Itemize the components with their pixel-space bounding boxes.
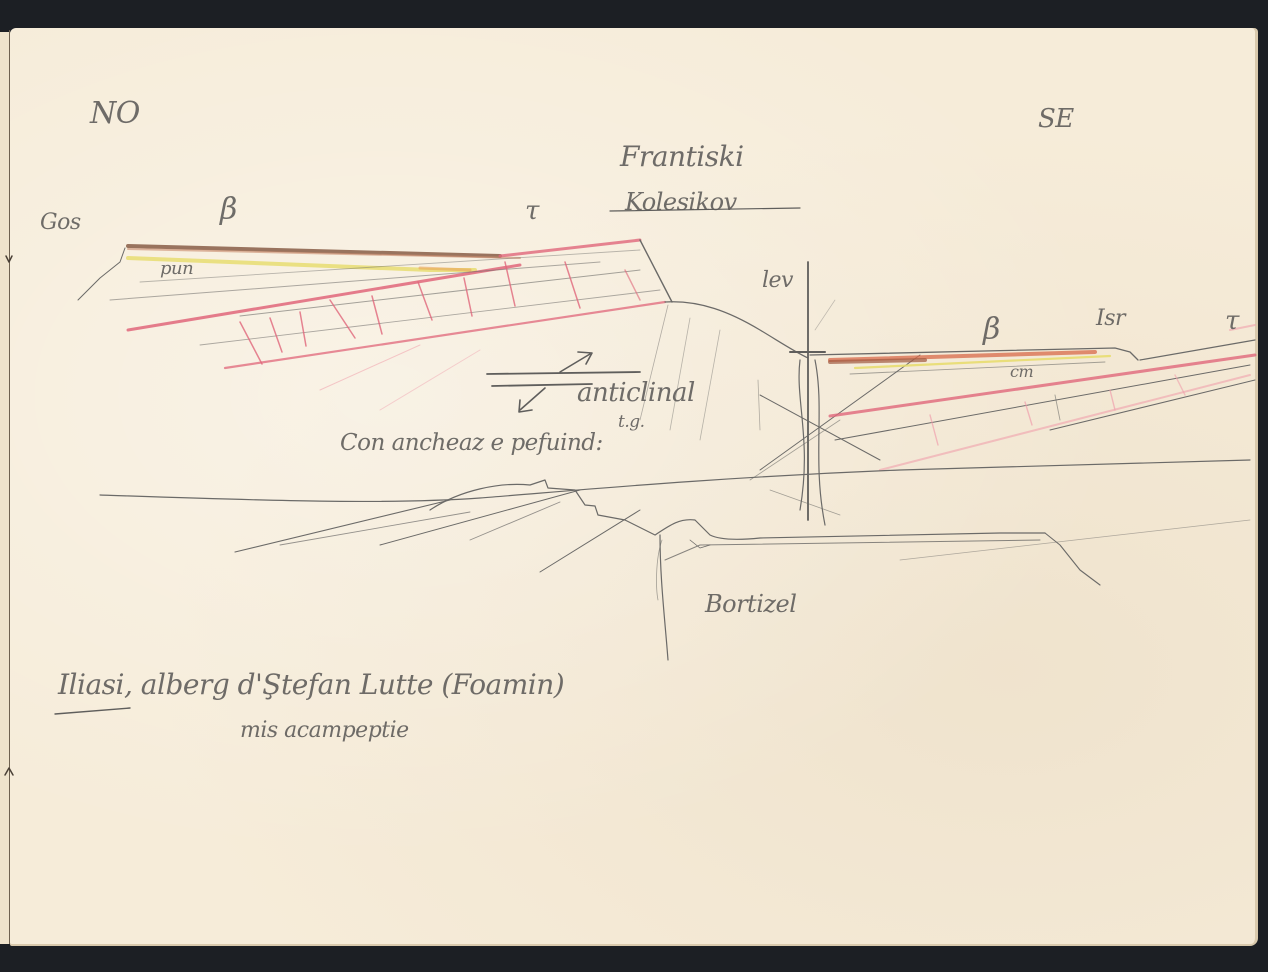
left-block-label-strata: pun <box>160 258 193 279</box>
note-line: Con ancheaz e pefuind: <box>340 430 603 456</box>
left-block-label-beta: β <box>220 192 237 227</box>
footer-line-2: mis acampeptie <box>240 718 409 743</box>
lower-profile <box>100 460 1250 660</box>
orientation-left-label: NO <box>90 96 140 131</box>
lower-place-label: Bortizel <box>705 590 796 618</box>
fault-lines <box>750 262 920 525</box>
right-block-label-series: Isr <box>1096 306 1125 331</box>
right-block-label-tau: τ <box>1225 306 1239 336</box>
binding-tick-bottom <box>5 768 13 775</box>
footer-place-underlined: Iliasi <box>58 668 124 701</box>
locality-name: Frantiski <box>620 140 744 173</box>
right-block-label-beta: β <box>983 312 1000 347</box>
fault-label: lev <box>762 268 793 293</box>
left-block-label-tau: τ <box>525 196 539 226</box>
right-block-strata <box>810 300 1255 470</box>
footer-line-1-rest: , alberg d'Ştefan Lutte (Foamin) <box>124 668 564 701</box>
anticlinal-label: anticlinal <box>577 378 695 408</box>
footer-line-1: Iliasi, alberg d'Ştefan Lutte (Foamin) <box>58 668 564 701</box>
binding-tick-top <box>6 256 12 262</box>
right-block-label-strata: cm <box>1010 362 1033 381</box>
orientation-right-label: SE <box>1038 104 1074 134</box>
footer-underline <box>55 708 130 714</box>
anticlinal-sub-label: t.g. <box>618 412 645 432</box>
central-relief <box>640 302 808 440</box>
locality-name-struck: Kolesikov <box>625 188 737 216</box>
left-block-label-gos: Gos <box>40 210 81 235</box>
